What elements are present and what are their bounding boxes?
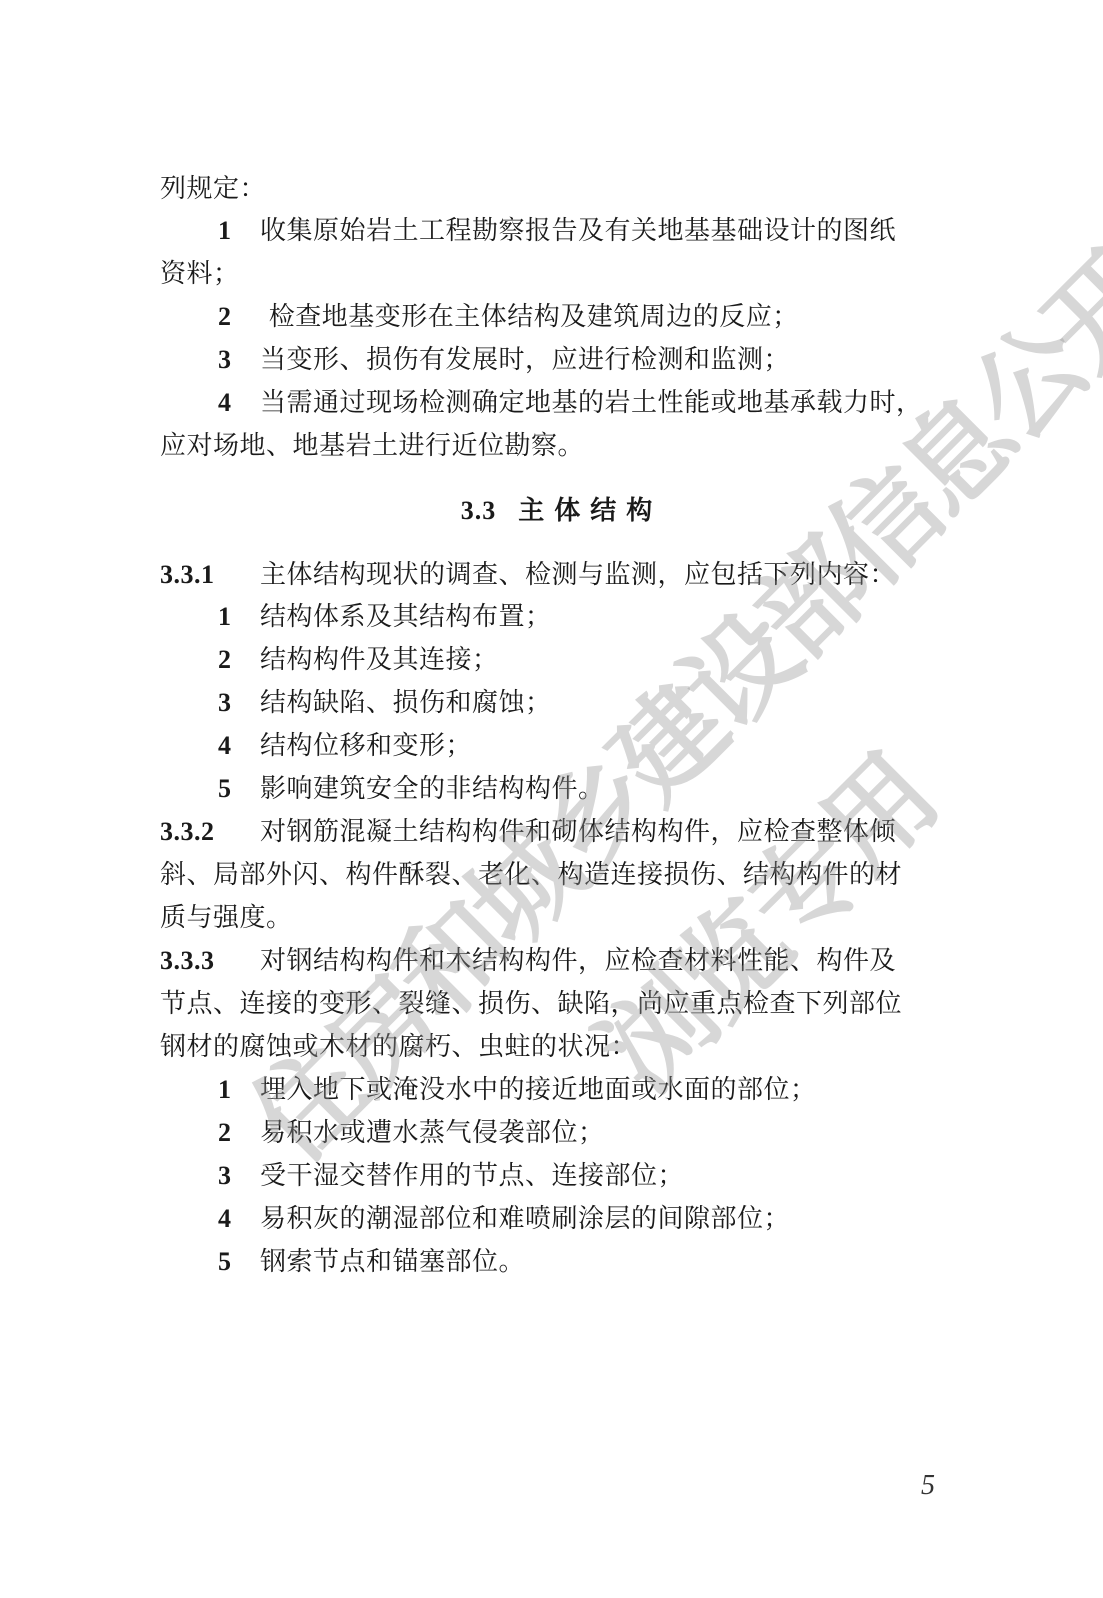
list-item: 5钢索节点和锚塞部位。 <box>160 1245 960 1279</box>
list-item: 3当变形、损伤有发展时，应进行检测和监测； <box>160 343 960 377</box>
item-text: 受干湿交替作用的节点、连接部位； <box>260 1161 684 1191</box>
item-number: 5 <box>218 1245 260 1279</box>
item-text: 钢索节点和锚塞部位。 <box>260 1247 525 1277</box>
item-text: 收集原始岩土工程勘察报告及有关地基基础设计的图纸 <box>260 216 896 246</box>
list-item: 1结构体系及其结构布置； <box>160 600 960 634</box>
list-item: 1埋入地下或淹没水中的接近地面或水面的部位； <box>160 1073 960 1107</box>
item-text: 易积灰的潮湿部位和难喷刷涂层的间隙部位； <box>260 1204 790 1234</box>
item-number: 2 <box>218 643 260 677</box>
item-text: 结构缺陷、损伤和腐蚀； <box>260 688 552 718</box>
clause-text: 主体结构现状的调查、检测与监测，应包括下列内容： <box>260 560 896 590</box>
list-item: 2易积水或遭水蒸气侵袭部位； <box>160 1116 960 1150</box>
item-text: 结构位移和变形； <box>260 731 472 761</box>
item-number: 3 <box>218 1159 260 1193</box>
item-text: 易积水或遭水蒸气侵袭部位； <box>260 1118 605 1148</box>
clause-3-3-2: 3.3.2对钢筋混凝土结构构件和砌体结构构件，应检查整体倾 <box>160 815 960 849</box>
item-number: 4 <box>218 729 260 763</box>
list-item: 4当需通过现场检测确定地基的岩土性能或地基承载力时， <box>160 386 960 420</box>
item-number: 2 <box>218 300 260 334</box>
clause-number: 3.3.1 <box>160 558 260 592</box>
list-item: 1收集原始岩土工程勘察报告及有关地基基础设计的图纸 <box>160 214 960 248</box>
item-number: 5 <box>218 772 260 806</box>
item-text: 影响建筑安全的非结构构件。 <box>260 774 605 804</box>
intro-line: 列规定： <box>160 172 960 206</box>
clause-number: 3.3.3 <box>160 944 260 978</box>
section-heading: 3.3主体结构 <box>0 494 1103 528</box>
item-text: 结构体系及其结构布置； <box>260 602 552 632</box>
item-continuation: 资料； <box>160 257 960 291</box>
clause-text: 对钢结构构件和木结构构件，应检查材料性能、构件及 <box>260 946 896 976</box>
item-number: 4 <box>218 1202 260 1236</box>
list-item: 3结构缺陷、损伤和腐蚀； <box>160 686 960 720</box>
item-text: 当需通过现场检测确定地基的岩土性能或地基承载力时， <box>260 388 923 418</box>
page-number: 5 <box>921 1470 935 1502</box>
item-text: 当变形、损伤有发展时，应进行检测和监测； <box>260 345 790 375</box>
list-item: 4结构位移和变形； <box>160 729 960 763</box>
item-number: 1 <box>218 1073 260 1107</box>
item-number: 1 <box>218 600 260 634</box>
item-text: 检查地基变形在主体结构及建筑周边的反应； <box>260 302 799 332</box>
list-item: 2 检查地基变形在主体结构及建筑周边的反应； <box>160 300 960 334</box>
clause-continuation: 斜、局部外闪、构件酥裂、老化、构造连接损伤、结构构件的材 <box>160 858 960 892</box>
clause-continuation: 质与强度。 <box>160 901 960 935</box>
list-item: 4易积灰的潮湿部位和难喷刷涂层的间隙部位； <box>160 1202 960 1236</box>
clause-text: 对钢筋混凝土结构构件和砌体结构构件，应检查整体倾 <box>260 817 896 847</box>
item-number: 3 <box>218 686 260 720</box>
item-text: 埋入地下或淹没水中的接近地面或水面的部位； <box>260 1075 817 1105</box>
list-item: 3受干湿交替作用的节点、连接部位； <box>160 1159 960 1193</box>
clause-continuation: 节点、连接的变形、裂缝、损伤、缺陷，尚应重点检查下列部位 <box>160 987 960 1021</box>
section-number: 3.3 <box>461 496 497 525</box>
item-continuation: 应对场地、地基岩土进行近位勘察。 <box>160 429 960 463</box>
list-item: 5影响建筑安全的非结构构件。 <box>160 772 960 806</box>
document-page: 列规定： 1收集原始岩土工程勘察报告及有关地基基础设计的图纸 资料； 2 检查地… <box>0 0 1103 1598</box>
item-text: 结构构件及其连接； <box>260 645 499 675</box>
clause-3-3-1: 3.3.1主体结构现状的调查、检测与监测，应包括下列内容： <box>160 558 960 592</box>
item-number: 3 <box>218 343 260 377</box>
clause-3-3-3: 3.3.3对钢结构构件和木结构构件，应检查材料性能、构件及 <box>160 944 960 978</box>
item-number: 1 <box>218 214 260 248</box>
item-number: 4 <box>218 386 260 420</box>
item-number: 2 <box>218 1116 260 1150</box>
list-item: 2结构构件及其连接； <box>160 643 960 677</box>
section-title: 主体结构 <box>518 496 662 526</box>
clause-number: 3.3.2 <box>160 815 260 849</box>
clause-continuation: 钢材的腐蚀或木材的腐朽、虫蛀的状况： <box>160 1030 960 1064</box>
